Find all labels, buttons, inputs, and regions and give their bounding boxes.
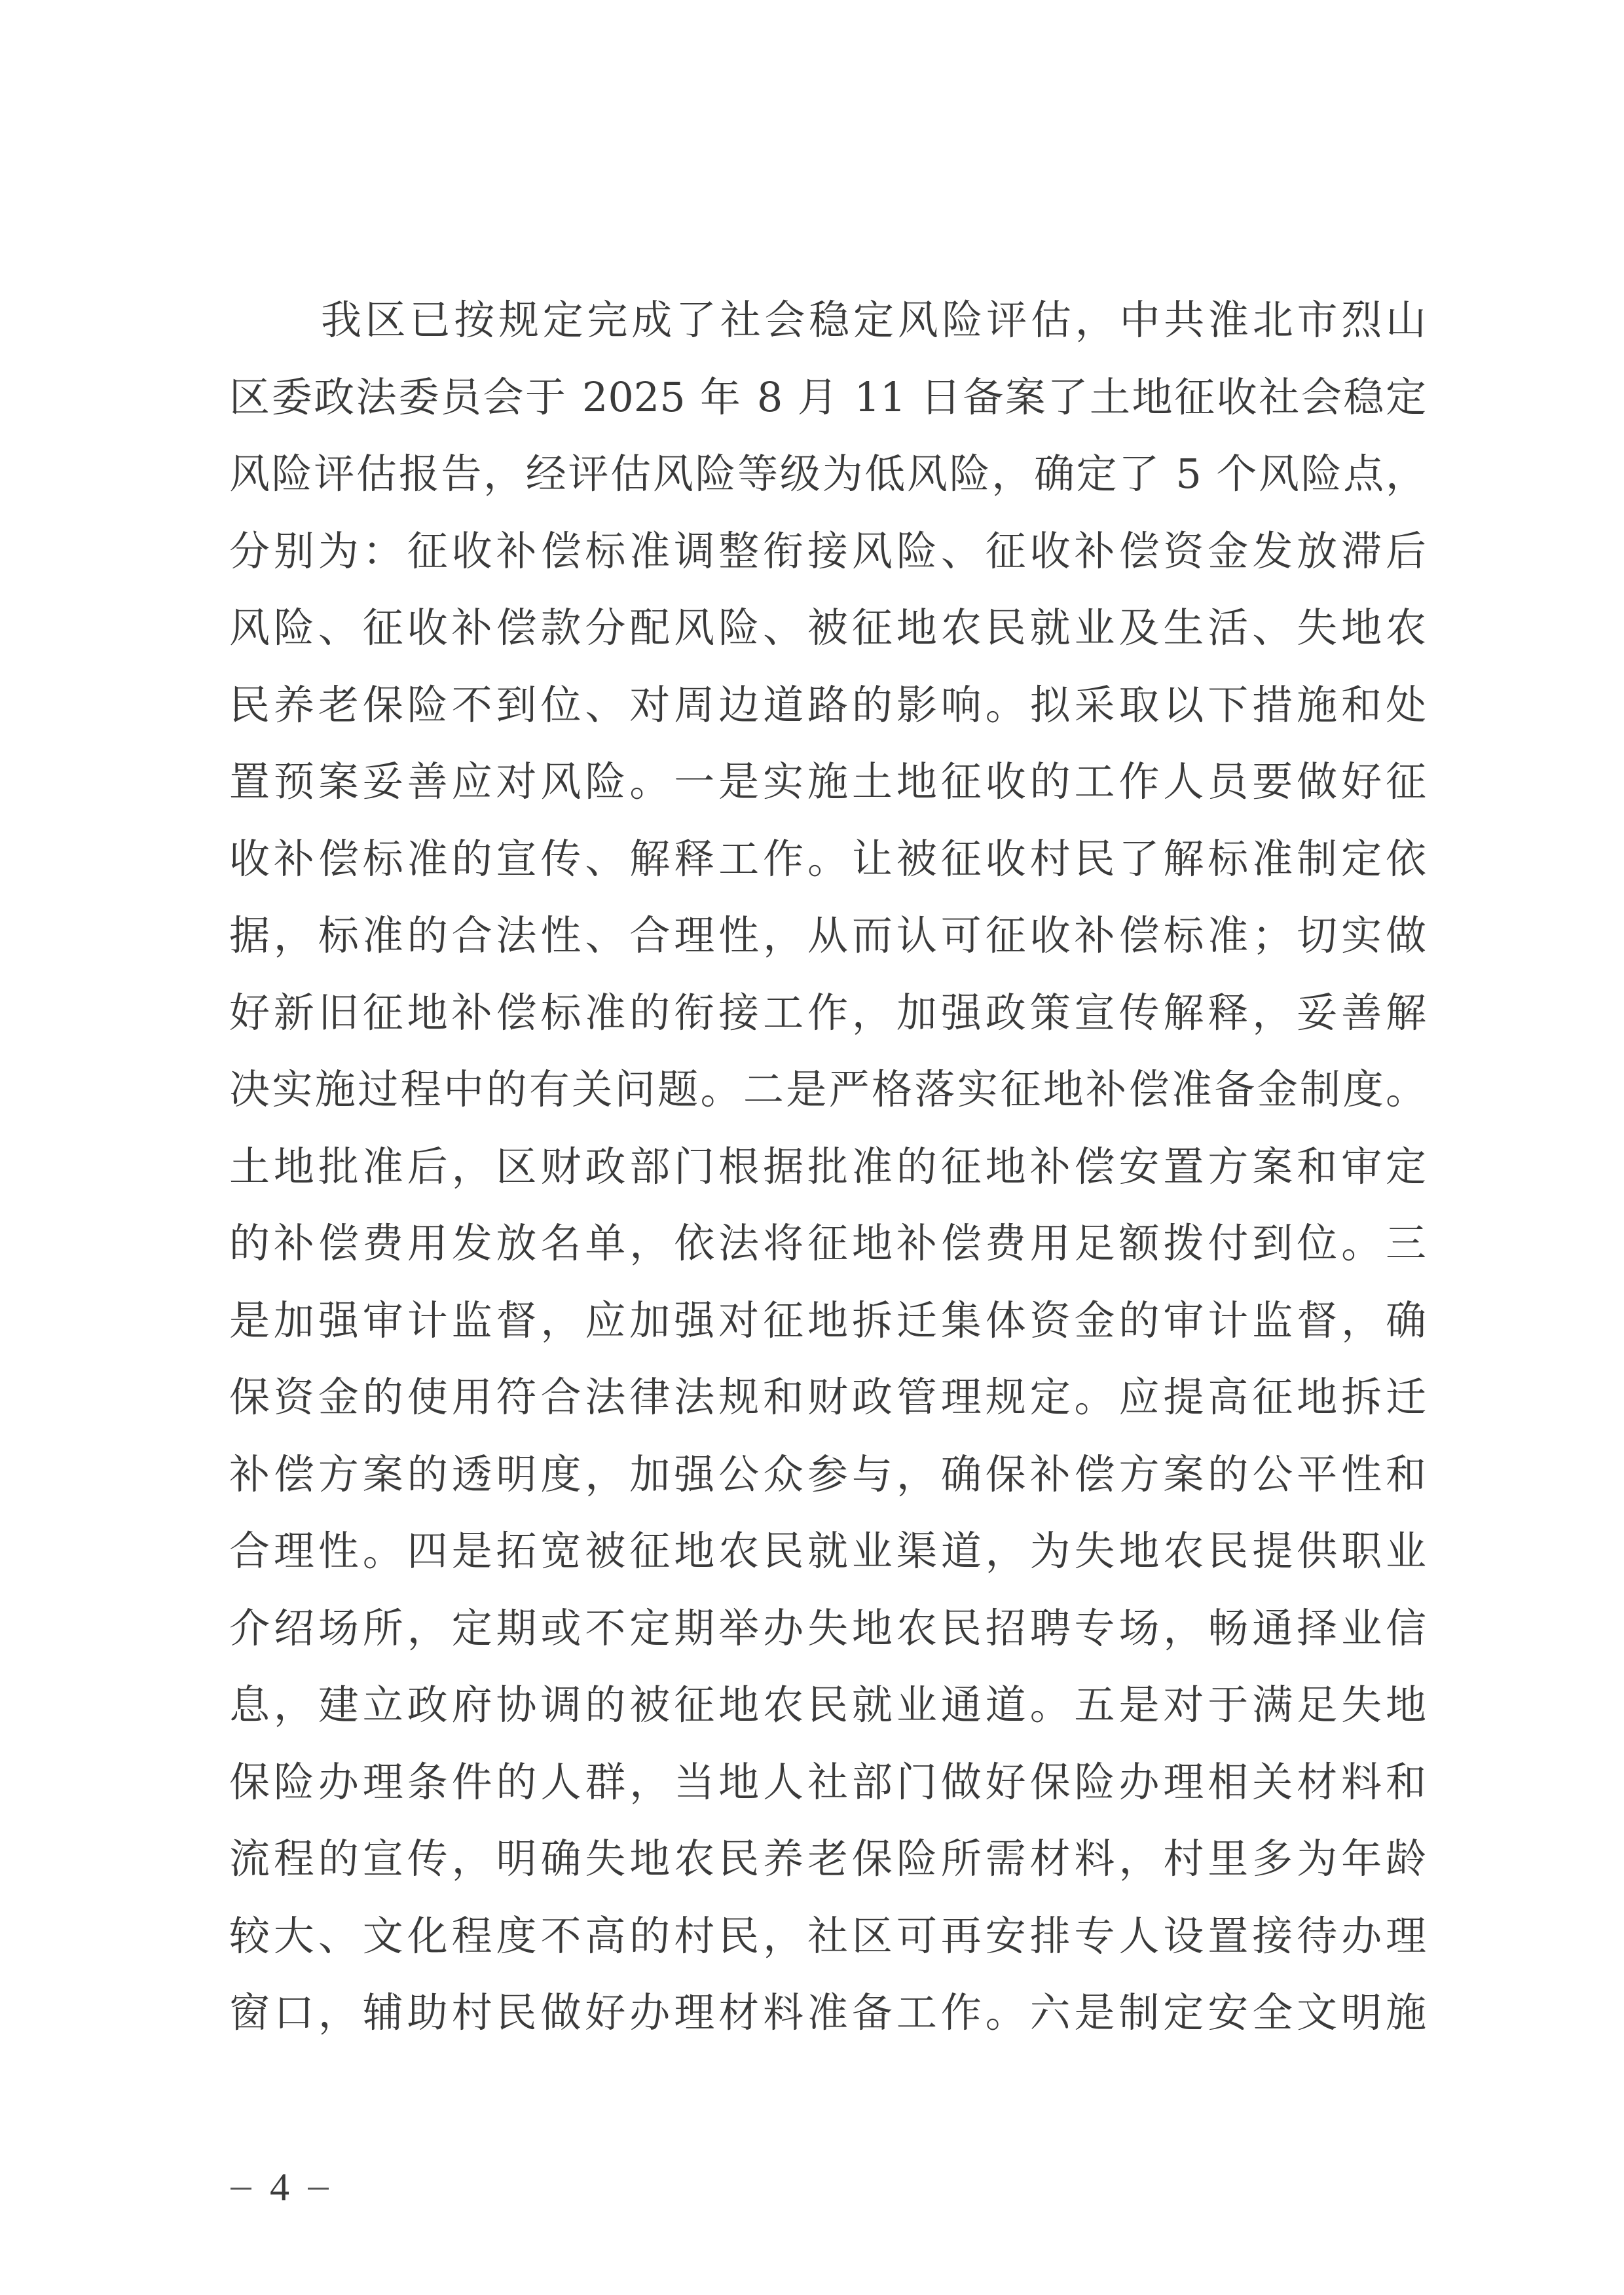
paragraph-line-19: 息，建立政府协调的被征地农民就业通道。五是对于满足失地 bbox=[229, 1666, 1426, 1744]
paragraph-line-5: 风险、征收补偿款分配风险、被征地农民就业及生活、失地农 bbox=[229, 589, 1426, 667]
paragraph-line-17: 合理性。四是拓宽被征地农民就业渠道，为失地农民提供职业 bbox=[229, 1513, 1426, 1590]
paragraph-line-21: 流程的宣传，明确失地农民养老保险所需材料，村里多为年龄 bbox=[229, 1820, 1426, 1898]
paragraph-line-2: 区委政法委员会于 2025 年 8 月 11 日备案了土地征收社会稳定 bbox=[229, 359, 1426, 436]
page-number: 4 bbox=[270, 2161, 289, 2213]
page-number-dash-left bbox=[231, 2188, 251, 2190]
paragraph-line-9: 据，标准的合法性、合理性，从而认可征收补偿标准；切实做 bbox=[229, 897, 1426, 974]
paragraph-line-11: 决实施过程中的有关问题。二是严格落实征地补偿准备金制度。 bbox=[229, 1051, 1426, 1128]
body-paragraph: 我区已按规定完成了社会稳定风险评估，中共淮北市烈山 区委政法委员会于 2025 … bbox=[229, 282, 1426, 2051]
paragraph-line-3: 风险评估报告，经评估风险等级为低风险，确定了 5 个风险点， bbox=[229, 435, 1426, 513]
document-page: 我区已按规定完成了社会稳定风险评估，中共淮北市烈山 区委政法委员会于 2025 … bbox=[0, 0, 1624, 2295]
paragraph-line-14: 是加强审计监督，应加强对征地拆迁集体资金的审计监督，确 bbox=[229, 1282, 1426, 1359]
paragraph-line-16: 补偿方案的透明度，加强公众参与，确保补偿方案的公平性和 bbox=[229, 1436, 1426, 1513]
paragraph-line-6: 民养老保险不到位、对周边道路的影响。拟采取以下措施和处 bbox=[229, 667, 1426, 744]
paragraph-line-8: 收补偿标准的宣传、解释工作。让被征收村民了解标准制定依 bbox=[229, 820, 1426, 898]
paragraph-line-18: 介绍场所，定期或不定期举办失地农民招聘专场，畅通择业信 bbox=[229, 1590, 1426, 1667]
page-number-dash-right bbox=[308, 2188, 329, 2190]
paragraph-line-20: 保险办理条件的人群，当地人社部门做好保险办理相关材料和 bbox=[229, 1744, 1426, 1821]
paragraph-line-10: 好新旧征地补偿标准的衔接工作，加强政策宣传解释，妥善解 bbox=[229, 974, 1426, 1052]
paragraph-line-22: 较大、文化程度不高的村民，社区可再安排专人设置接待办理 bbox=[229, 1898, 1426, 1975]
paragraph-line-7: 置预案妥善应对风险。一是实施土地征收的工作人员要做好征 bbox=[229, 743, 1426, 820]
page-number-footer: 4 bbox=[231, 2161, 329, 2213]
paragraph-line-4: 分别为：征收补偿标准调整衔接风险、征收补偿资金发放滞后 bbox=[229, 513, 1426, 590]
paragraph-line-12: 土地批准后，区财政部门根据批准的征地补偿安置方案和审定 bbox=[229, 1128, 1426, 1205]
paragraph-line-13: 的补偿费用发放名单，依法将征地补偿费用足额拨付到位。三 bbox=[229, 1205, 1426, 1282]
paragraph-line-1: 我区已按规定完成了社会稳定风险评估，中共淮北市烈山 bbox=[229, 282, 1426, 359]
paragraph-line-15: 保资金的使用符合法律法规和财政管理规定。应提高征地拆迁 bbox=[229, 1359, 1426, 1436]
paragraph-line-23: 窗口，辅助村民做好办理材料准备工作。六是制定安全文明施 bbox=[229, 1974, 1426, 2051]
